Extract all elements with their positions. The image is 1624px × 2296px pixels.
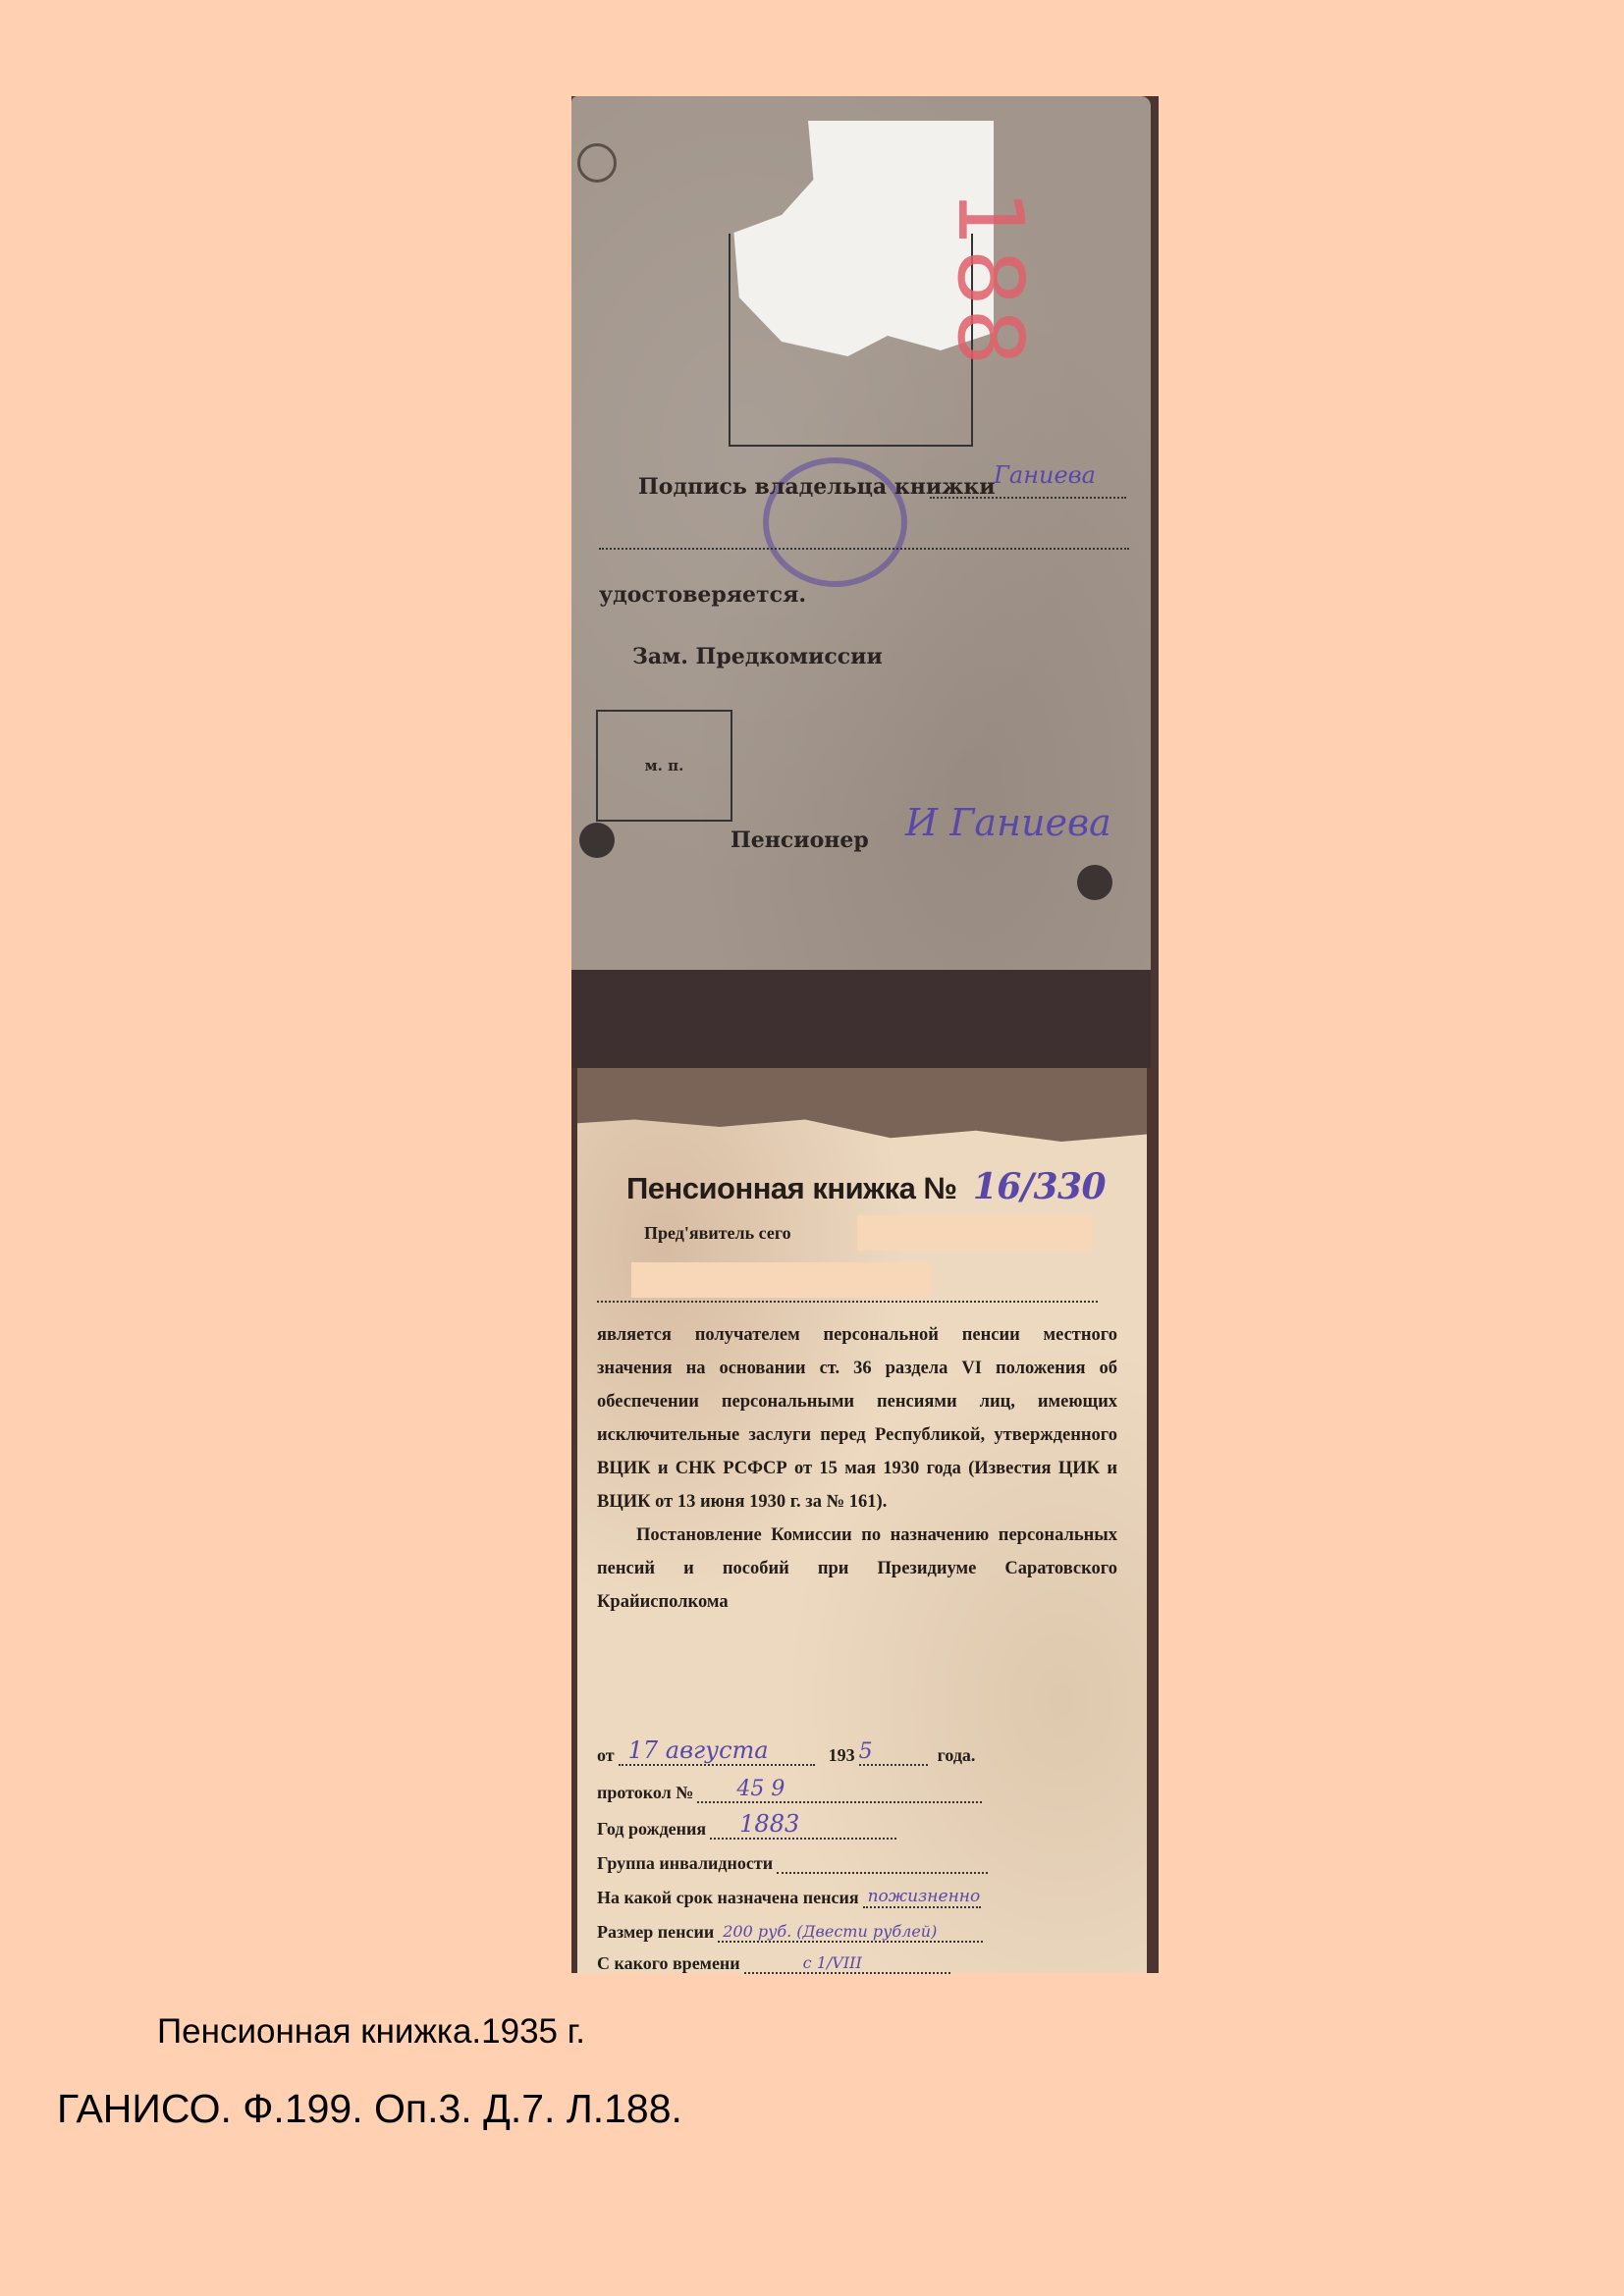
bearer-label: Пред'явитель сего xyxy=(644,1223,791,1244)
document-scan: 188 Подпись владельца книжки Ганиева удо… xyxy=(571,96,1159,1973)
pensioner-signature-handwritten: И Ганиева xyxy=(905,801,1111,844)
redacted-name-2 xyxy=(631,1262,931,1298)
owner-signature-handwritten: Ганиева xyxy=(994,461,1096,489)
owner-signature-line xyxy=(930,497,1126,499)
punch-hole-icon xyxy=(579,823,615,858)
signature-line-2 xyxy=(599,548,1129,550)
binding-cloth xyxy=(571,970,1151,1068)
seal-place-label: м. п. xyxy=(645,757,684,774)
book-number-handwritten: 16/330 xyxy=(973,1166,1106,1207)
redacted-name-1 xyxy=(857,1215,1093,1251)
pensioner-label: Пенсионер xyxy=(731,828,869,853)
document-caption: Пенсионная книжка.1935 г. xyxy=(157,2012,585,2052)
field-birth-year: Год рождения 1883 xyxy=(597,1819,896,1840)
body-paragraph-2: Постановление Комиссии по назначению пер… xyxy=(597,1519,1117,1619)
field-pension-term: На какой срок назначена пенсия пожизненн… xyxy=(597,1888,981,1908)
field-date: от 17 августа 193 5 года. xyxy=(597,1745,975,1766)
water-stain xyxy=(577,1068,1147,1142)
field-protocol-number: протокол № 45 9 xyxy=(597,1783,982,1803)
punch-hole-icon xyxy=(577,143,617,183)
field-disability-group: Группа инвалидности xyxy=(597,1853,988,1874)
bearer-line xyxy=(597,1301,1098,1303)
body-paragraph-1: является получателем персональной пенсии… xyxy=(597,1318,1117,1519)
deputy-chair-label: Зам. Предкомиссии xyxy=(632,644,883,669)
field-pension-amount: Размер пенсии 200 руб. (Двести рублей) xyxy=(597,1922,983,1943)
photo-frame xyxy=(729,234,973,447)
field-pension-start: С какого времени с 1/VIII xyxy=(597,1953,950,1974)
punch-hole-icon xyxy=(1077,865,1112,900)
archive-reference: ГАНИСО. Ф.199. Оп.3. Д.7. Л.188. xyxy=(57,2086,682,2132)
seal-place-box: м. п. xyxy=(596,710,732,822)
pension-basis-text: является получателем персональной пенсии… xyxy=(597,1318,1117,1619)
pension-book-title: Пенсионная книжка № 16/330 xyxy=(626,1166,1106,1207)
pension-book-top-page: 188 Подпись владельца книжки Ганиева удо… xyxy=(571,96,1151,970)
archive-sheet-number: 188 xyxy=(938,189,1043,368)
certified-label: удостоверяется. xyxy=(599,582,806,608)
pension-book-inner-page: Пенсионная книжка № 16/330 Пред'явитель … xyxy=(577,1068,1147,1973)
